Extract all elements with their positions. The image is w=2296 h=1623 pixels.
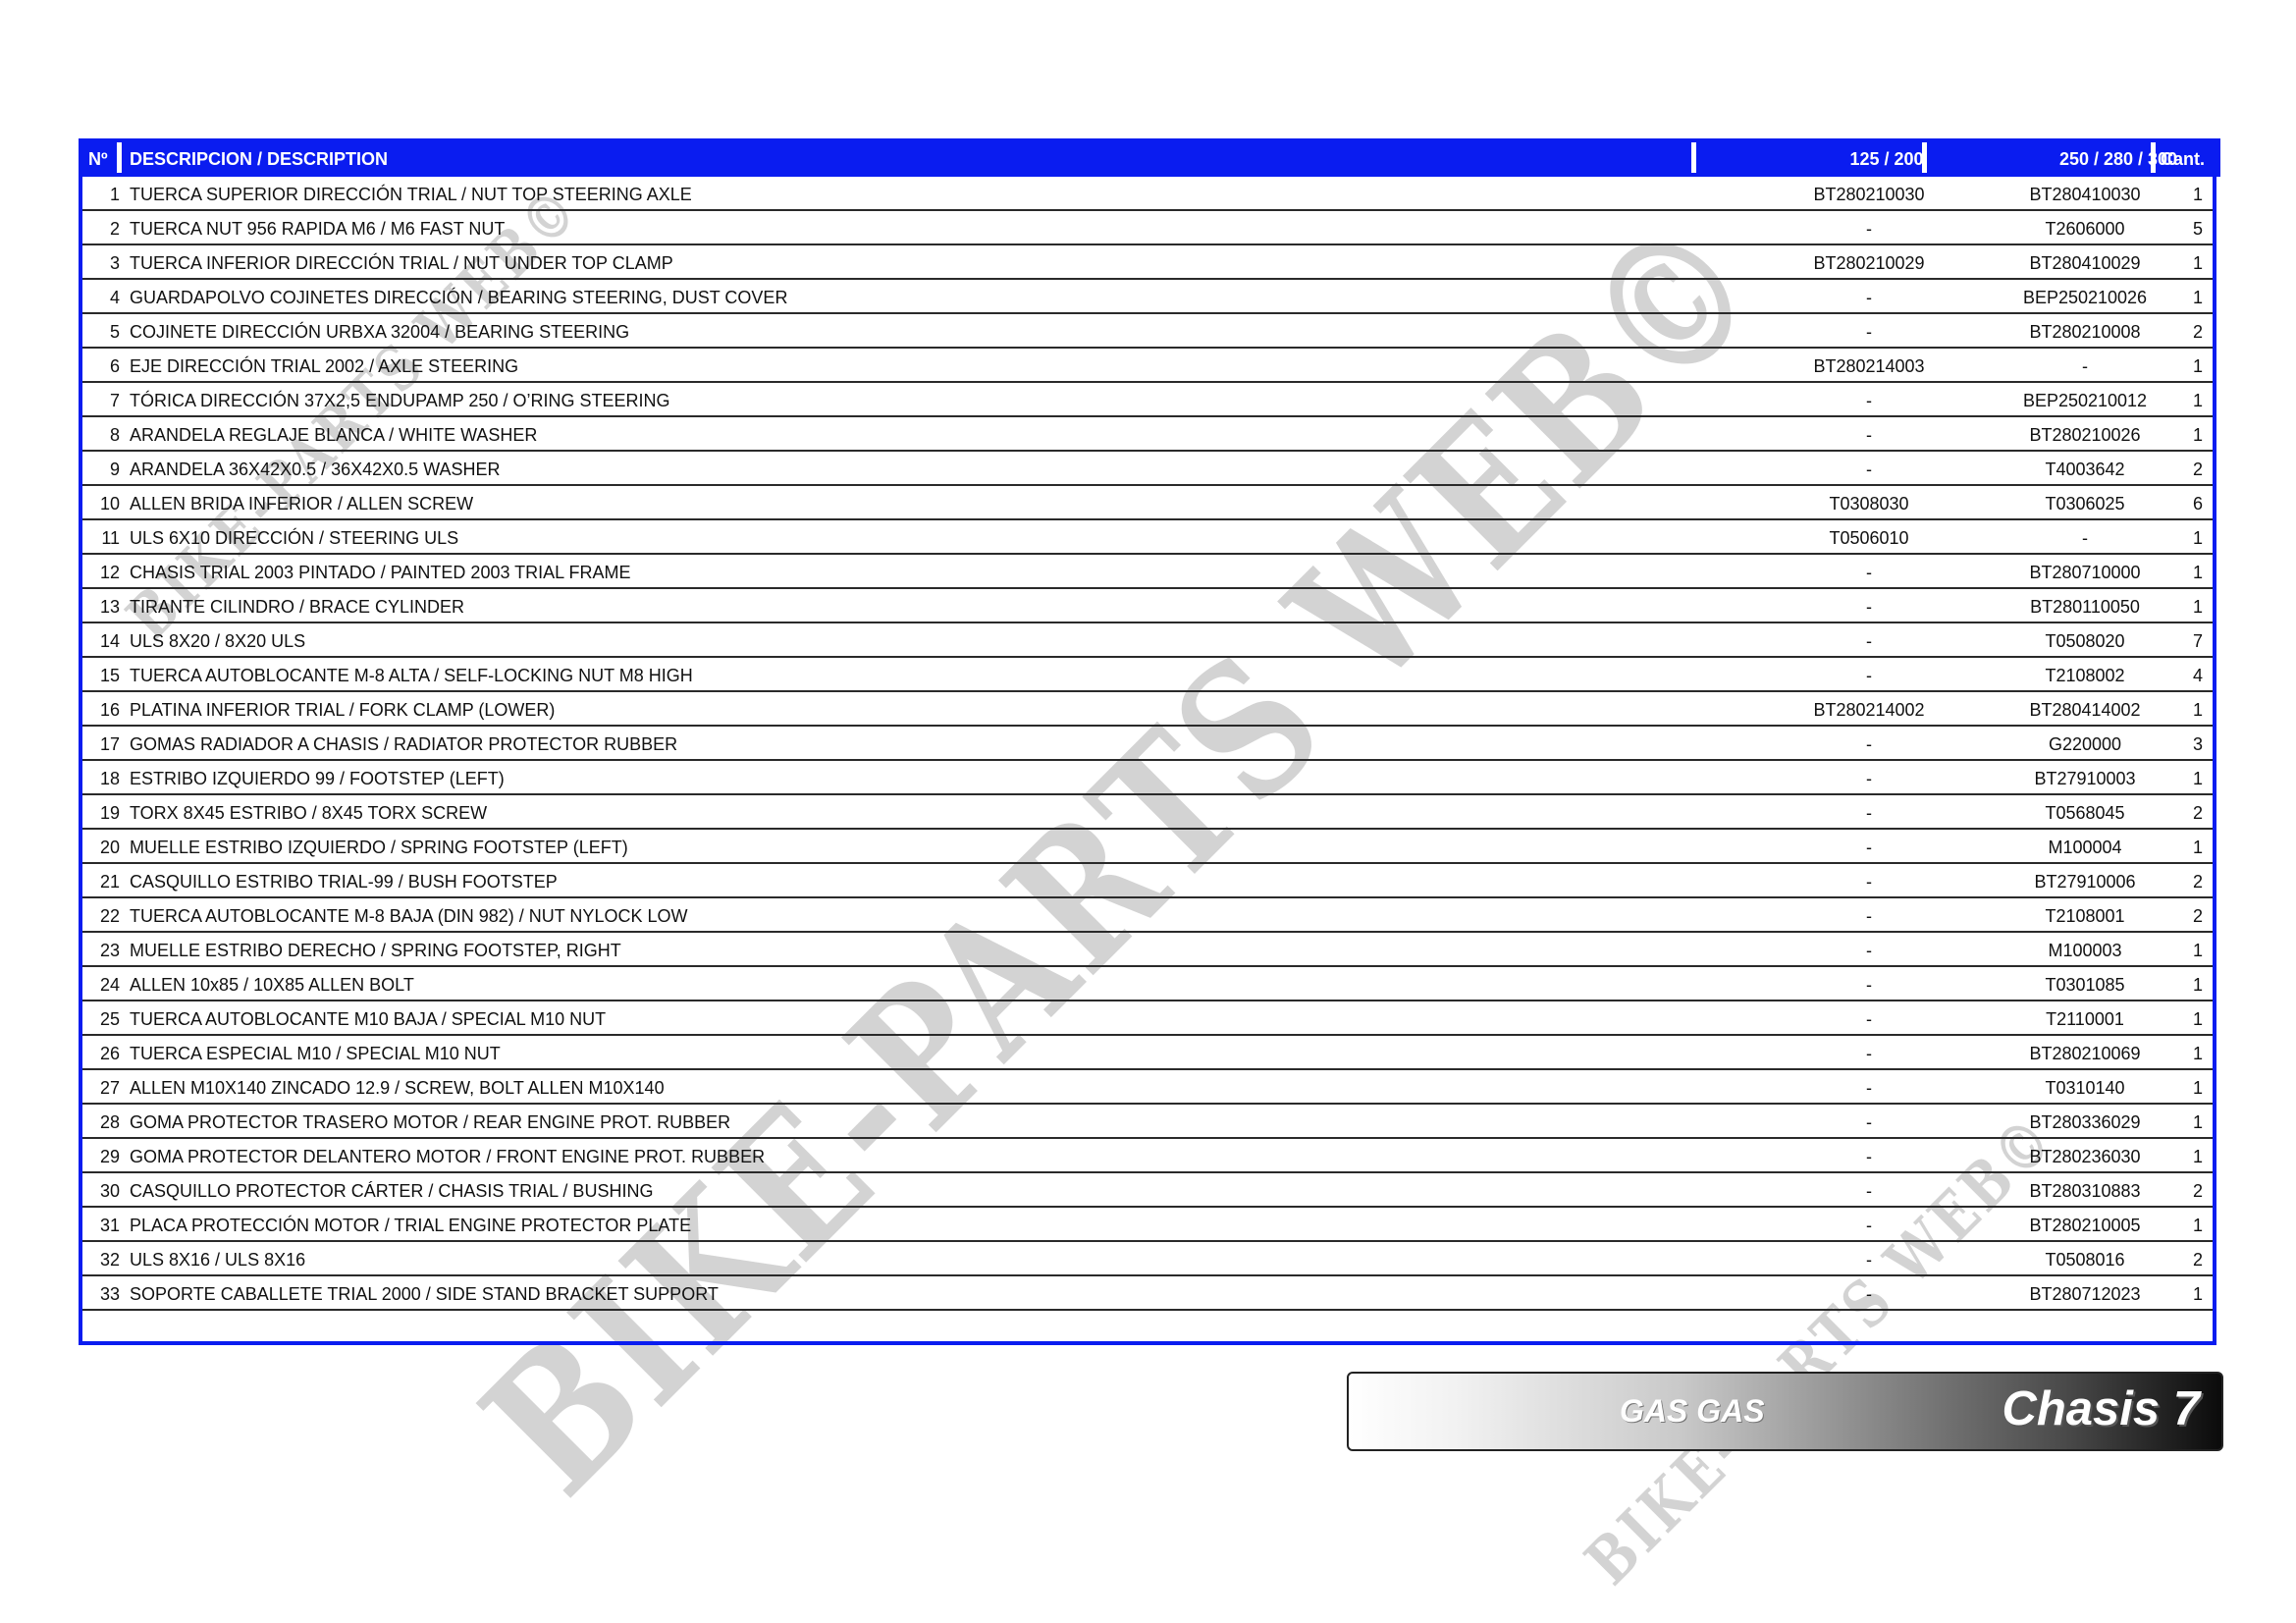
row-quantity: 1 — [2154, 383, 2203, 415]
row-description: GOMA PROTECTOR DELANTERO MOTOR / FRONT E… — [130, 1139, 765, 1171]
row-part-250-300: BT280410030 — [1889, 177, 2281, 209]
row-part-250-300: T2108002 — [1889, 658, 2281, 690]
row-number: 24 — [82, 967, 120, 1000]
row-description: ULS 6X10 DIRECCIÓN / STEERING ULS — [130, 520, 458, 553]
row-part-250-300: BT280210008 — [1889, 314, 2281, 347]
table-row: 3TUERCA INFERIOR DIRECCIÓN TRIAL / NUT U… — [82, 245, 2213, 280]
header-quantity: Cant. — [2161, 138, 2205, 177]
row-description: TUERCA INFERIOR DIRECCIÓN TRIAL / NUT UN… — [130, 245, 673, 278]
table-row: 13TIRANTE CILINDRO / BRACE CYLINDER-BT28… — [82, 589, 2213, 623]
row-description: CHASIS TRIAL 2003 PINTADO / PAINTED 2003… — [130, 555, 631, 587]
section-badge: GAS GAS Chasis 7 — [1347, 1372, 2223, 1451]
row-quantity: 1 — [2154, 245, 2203, 278]
row-number: 26 — [82, 1036, 120, 1068]
row-number: 6 — [82, 349, 120, 381]
row-number: 4 — [82, 280, 120, 312]
parts-table: Nº DESCRIPCION / DESCRIPTION 125 / 200 2… — [79, 138, 2216, 1345]
row-quantity: 1 — [2154, 1208, 2203, 1240]
table-row: 24ALLEN 10x85 / 10X85 ALLEN BOLT-T030108… — [82, 967, 2213, 1001]
row-number: 22 — [82, 898, 120, 931]
header-model-250-280-300: 250 / 280 / 300 — [1932, 138, 2296, 177]
row-part-250-300: BEP250210026 — [1889, 280, 2281, 312]
table-row: 18ESTRIBO IZQUIERDO 99 / FOOTSTEP (LEFT)… — [82, 761, 2213, 795]
row-quantity: 2 — [2154, 898, 2203, 931]
table-row: 15TUERCA AUTOBLOCANTE M-8 ALTA / SELF-LO… — [82, 658, 2213, 692]
header-separator — [1922, 142, 1927, 173]
row-quantity: 1 — [2154, 349, 2203, 381]
table-row: 4GUARDAPOLVO COJINETES DIRECCIÓN / BEARI… — [82, 280, 2213, 314]
row-quantity: 1 — [2154, 830, 2203, 862]
row-description: SOPORTE CABALLETE TRIAL 2000 / SIDE STAN… — [130, 1276, 719, 1309]
row-part-250-300: BT280410029 — [1889, 245, 2281, 278]
row-part-250-300: T0301085 — [1889, 967, 2281, 1000]
row-part-250-300: T0568045 — [1889, 795, 2281, 828]
row-number: 14 — [82, 623, 120, 656]
header-number: Nº — [88, 138, 108, 177]
row-description: ALLEN BRIDA INFERIOR / ALLEN SCREW — [130, 486, 473, 518]
row-part-250-300: BT280210005 — [1889, 1208, 2281, 1240]
row-number: 17 — [82, 727, 120, 759]
table-row: 25TUERCA AUTOBLOCANTE M10 BAJA / SPECIAL… — [82, 1001, 2213, 1036]
row-number: 12 — [82, 555, 120, 587]
header-description: DESCRIPCION / DESCRIPTION — [130, 138, 388, 177]
row-description: ARANDELA REGLAJE BLANCA / WHITE WASHER — [130, 417, 537, 450]
row-description: EJE DIRECCIÓN TRIAL 2002 / AXLE STEERING — [130, 349, 518, 381]
row-part-250-300: M100004 — [1889, 830, 2281, 862]
row-description: CASQUILLO PROTECTOR CÁRTER / CHASIS TRIA… — [130, 1173, 653, 1206]
table-row: 12CHASIS TRIAL 2003 PINTADO / PAINTED 20… — [82, 555, 2213, 589]
table-body: 1TUERCA SUPERIOR DIRECCIÓN TRIAL / NUT T… — [82, 177, 2213, 1311]
table-row: 23MUELLE ESTRIBO DERECHO / SPRING FOOTST… — [82, 933, 2213, 967]
table-row: 30CASQUILLO PROTECTOR CÁRTER / CHASIS TR… — [82, 1173, 2213, 1208]
row-description: TÓRICA DIRECCIÓN 37X2,5 ENDUPAMP 250 / O… — [130, 383, 669, 415]
row-number: 28 — [82, 1105, 120, 1137]
row-quantity: 1 — [2154, 417, 2203, 450]
row-number: 31 — [82, 1208, 120, 1240]
row-number: 29 — [82, 1139, 120, 1171]
row-description: COJINETE DIRECCIÓN URBXA 32004 / BEARING… — [130, 314, 629, 347]
row-number: 19 — [82, 795, 120, 828]
row-quantity: 1 — [2154, 1276, 2203, 1309]
row-quantity: 1 — [2154, 692, 2203, 725]
row-number: 32 — [82, 1242, 120, 1274]
row-quantity: 1 — [2154, 520, 2203, 553]
row-part-250-300: BT27910003 — [1889, 761, 2281, 793]
row-quantity: 6 — [2154, 486, 2203, 518]
row-number: 2 — [82, 211, 120, 243]
row-number: 3 — [82, 245, 120, 278]
row-number: 8 — [82, 417, 120, 450]
row-quantity: 1 — [2154, 280, 2203, 312]
row-description: ESTRIBO IZQUIERDO 99 / FOOTSTEP (LEFT) — [130, 761, 505, 793]
row-description: CASQUILLO ESTRIBO TRIAL-99 / BUSH FOOTST… — [130, 864, 558, 896]
row-number: 10 — [82, 486, 120, 518]
table-row: 21CASQUILLO ESTRIBO TRIAL-99 / BUSH FOOT… — [82, 864, 2213, 898]
row-quantity: 1 — [2154, 1036, 2203, 1068]
table-header: Nº DESCRIPCION / DESCRIPTION 125 / 200 2… — [79, 138, 2220, 177]
table-row: 31PLACA PROTECCIÓN MOTOR / TRIAL ENGINE … — [82, 1208, 2213, 1242]
row-number: 21 — [82, 864, 120, 896]
row-quantity: 1 — [2154, 967, 2203, 1000]
table-row: 16PLATINA INFERIOR TRIAL / FORK CLAMP (L… — [82, 692, 2213, 727]
table-row: 2TUERCA NUT 956 RAPIDA M6 / M6 FAST NUT-… — [82, 211, 2213, 245]
table-row: 10ALLEN BRIDA INFERIOR / ALLEN SCREWT030… — [82, 486, 2213, 520]
row-part-250-300: BT27910006 — [1889, 864, 2281, 896]
table-row: 27ALLEN M10X140 ZINCADO 12.9 / SCREW, BO… — [82, 1070, 2213, 1105]
header-separator — [117, 142, 122, 173]
row-part-250-300: BT280710000 — [1889, 555, 2281, 587]
row-part-250-300: BT280110050 — [1889, 589, 2281, 622]
row-part-250-300: T2108001 — [1889, 898, 2281, 931]
table-row: 17GOMAS RADIADOR A CHASIS / RADIATOR PRO… — [82, 727, 2213, 761]
row-quantity: 1 — [2154, 933, 2203, 965]
row-part-250-300: T0508020 — [1889, 623, 2281, 656]
table-row: 6EJE DIRECCIÓN TRIAL 2002 / AXLE STEERIN… — [82, 349, 2213, 383]
row-quantity: 1 — [2154, 1070, 2203, 1103]
row-part-250-300: T2606000 — [1889, 211, 2281, 243]
header-separator — [2151, 142, 2156, 173]
row-description: TUERCA AUTOBLOCANTE M-8 BAJA (DIN 982) /… — [130, 898, 687, 931]
row-number: 11 — [82, 520, 120, 553]
row-part-250-300: BT280336029 — [1889, 1105, 2281, 1137]
row-number: 13 — [82, 589, 120, 622]
row-number: 7 — [82, 383, 120, 415]
row-number: 9 — [82, 452, 120, 484]
row-description: MUELLE ESTRIBO DERECHO / SPRING FOOTSTEP… — [130, 933, 621, 965]
table-row: 26TUERCA ESPECIAL M10 / SPECIAL M10 NUT-… — [82, 1036, 2213, 1070]
row-description: TIRANTE CILINDRO / BRACE CYLINDER — [130, 589, 464, 622]
row-part-250-300: BT280414002 — [1889, 692, 2281, 725]
table-row: 8ARANDELA REGLAJE BLANCA / WHITE WASHER-… — [82, 417, 2213, 452]
row-part-250-300: T0508016 — [1889, 1242, 2281, 1274]
row-number: 15 — [82, 658, 120, 690]
row-description: TUERCA NUT 956 RAPIDA M6 / M6 FAST NUT — [130, 211, 505, 243]
row-description: ULS 8X20 / 8X20 ULS — [130, 623, 305, 656]
row-part-250-300: T2110001 — [1889, 1001, 2281, 1034]
row-description: TUERCA AUTOBLOCANTE M10 BAJA / SPECIAL M… — [130, 1001, 606, 1034]
row-part-250-300: - — [1889, 520, 2281, 553]
row-description: GOMA PROTECTOR TRASERO MOTOR / REAR ENGI… — [130, 1105, 730, 1137]
brand-label: GAS GAS — [1620, 1393, 1765, 1430]
row-quantity: 4 — [2154, 658, 2203, 690]
row-quantity: 2 — [2154, 795, 2203, 828]
row-number: 16 — [82, 692, 120, 725]
table-row: 1TUERCA SUPERIOR DIRECCIÓN TRIAL / NUT T… — [82, 177, 2213, 211]
row-part-250-300: BT280236030 — [1889, 1139, 2281, 1171]
table-row: 29GOMA PROTECTOR DELANTERO MOTOR / FRONT… — [82, 1139, 2213, 1173]
row-part-250-300: T0310140 — [1889, 1070, 2281, 1103]
row-quantity: 5 — [2154, 211, 2203, 243]
row-quantity: 2 — [2154, 1242, 2203, 1274]
row-quantity: 1 — [2154, 1105, 2203, 1137]
row-quantity: 2 — [2154, 1173, 2203, 1206]
table-row: 22TUERCA AUTOBLOCANTE M-8 BAJA (DIN 982)… — [82, 898, 2213, 933]
row-part-250-300: G220000 — [1889, 727, 2281, 759]
row-description: ALLEN 10x85 / 10X85 ALLEN BOLT — [130, 967, 414, 1000]
table-row: 11ULS 6X10 DIRECCIÓN / STEERING ULST0506… — [82, 520, 2213, 555]
row-quantity: 7 — [2154, 623, 2203, 656]
row-quantity: 3 — [2154, 727, 2203, 759]
row-description: PLATINA INFERIOR TRIAL / FORK CLAMP (LOW… — [130, 692, 555, 725]
row-part-250-300: BT280712023 — [1889, 1276, 2281, 1309]
row-number: 33 — [82, 1276, 120, 1309]
row-description: TUERCA AUTOBLOCANTE M-8 ALTA / SELF-LOCK… — [130, 658, 693, 690]
row-part-250-300: BEP250210012 — [1889, 383, 2281, 415]
row-number: 27 — [82, 1070, 120, 1103]
row-description: GUARDAPOLVO COJINETES DIRECCIÓN / BEARIN… — [130, 280, 787, 312]
row-description: ALLEN M10X140 ZINCADO 12.9 / SCREW, BOLT… — [130, 1070, 665, 1103]
table-row: 9ARANDELA 36X42X0.5 / 36X42X0.5 WASHER-T… — [82, 452, 2213, 486]
row-number: 30 — [82, 1173, 120, 1206]
row-number: 18 — [82, 761, 120, 793]
row-quantity: 1 — [2154, 1001, 2203, 1034]
table-row: 32ULS 8X16 / ULS 8X16-T05080162 — [82, 1242, 2213, 1276]
row-number: 5 — [82, 314, 120, 347]
row-description: TUERCA SUPERIOR DIRECCIÓN TRIAL / NUT TO… — [130, 177, 692, 209]
row-number: 23 — [82, 933, 120, 965]
row-part-250-300: T4003642 — [1889, 452, 2281, 484]
row-quantity: 2 — [2154, 314, 2203, 347]
table-row: 28GOMA PROTECTOR TRASERO MOTOR / REAR EN… — [82, 1105, 2213, 1139]
table-row: 19TORX 8X45 ESTRIBO / 8X45 TORX SCREW-T0… — [82, 795, 2213, 830]
row-description: TORX 8X45 ESTRIBO / 8X45 TORX SCREW — [130, 795, 487, 828]
table-row: 33SOPORTE CABALLETE TRIAL 2000 / SIDE ST… — [82, 1276, 2213, 1311]
row-description: ARANDELA 36X42X0.5 / 36X42X0.5 WASHER — [130, 452, 501, 484]
row-description: ULS 8X16 / ULS 8X16 — [130, 1242, 305, 1274]
row-number: 25 — [82, 1001, 120, 1034]
row-quantity: 1 — [2154, 761, 2203, 793]
row-number: 1 — [82, 177, 120, 209]
row-quantity: 2 — [2154, 864, 2203, 896]
row-part-250-300: BT280210026 — [1889, 417, 2281, 450]
table-row: 20MUELLE ESTRIBO IZQUIERDO / SPRING FOOT… — [82, 830, 2213, 864]
row-part-250-300: BT280310883 — [1889, 1173, 2281, 1206]
table-row: 7TÓRICA DIRECCIÓN 37X2,5 ENDUPAMP 250 / … — [82, 383, 2213, 417]
header-separator — [1691, 142, 1696, 173]
row-description: MUELLE ESTRIBO IZQUIERDO / SPRING FOOTST… — [130, 830, 628, 862]
row-quantity: 1 — [2154, 1139, 2203, 1171]
row-quantity: 2 — [2154, 452, 2203, 484]
table-row: 5COJINETE DIRECCIÓN URBXA 32004 / BEARIN… — [82, 314, 2213, 349]
row-description: PLACA PROTECCIÓN MOTOR / TRIAL ENGINE PR… — [130, 1208, 691, 1240]
table-row: 14ULS 8X20 / 8X20 ULS-T05080207 — [82, 623, 2213, 658]
row-description: GOMAS RADIADOR A CHASIS / RADIATOR PROTE… — [130, 727, 677, 759]
row-part-250-300: T0306025 — [1889, 486, 2281, 518]
row-number: 20 — [82, 830, 120, 862]
row-description: TUERCA ESPECIAL M10 / SPECIAL M10 NUT — [130, 1036, 501, 1068]
row-quantity: 1 — [2154, 589, 2203, 622]
row-quantity: 1 — [2154, 177, 2203, 209]
row-part-250-300: - — [1889, 349, 2281, 381]
row-part-250-300: BT280210069 — [1889, 1036, 2281, 1068]
section-title: Chasis 7 — [2002, 1381, 2200, 1436]
row-quantity: 1 — [2154, 555, 2203, 587]
row-part-250-300: M100003 — [1889, 933, 2281, 965]
